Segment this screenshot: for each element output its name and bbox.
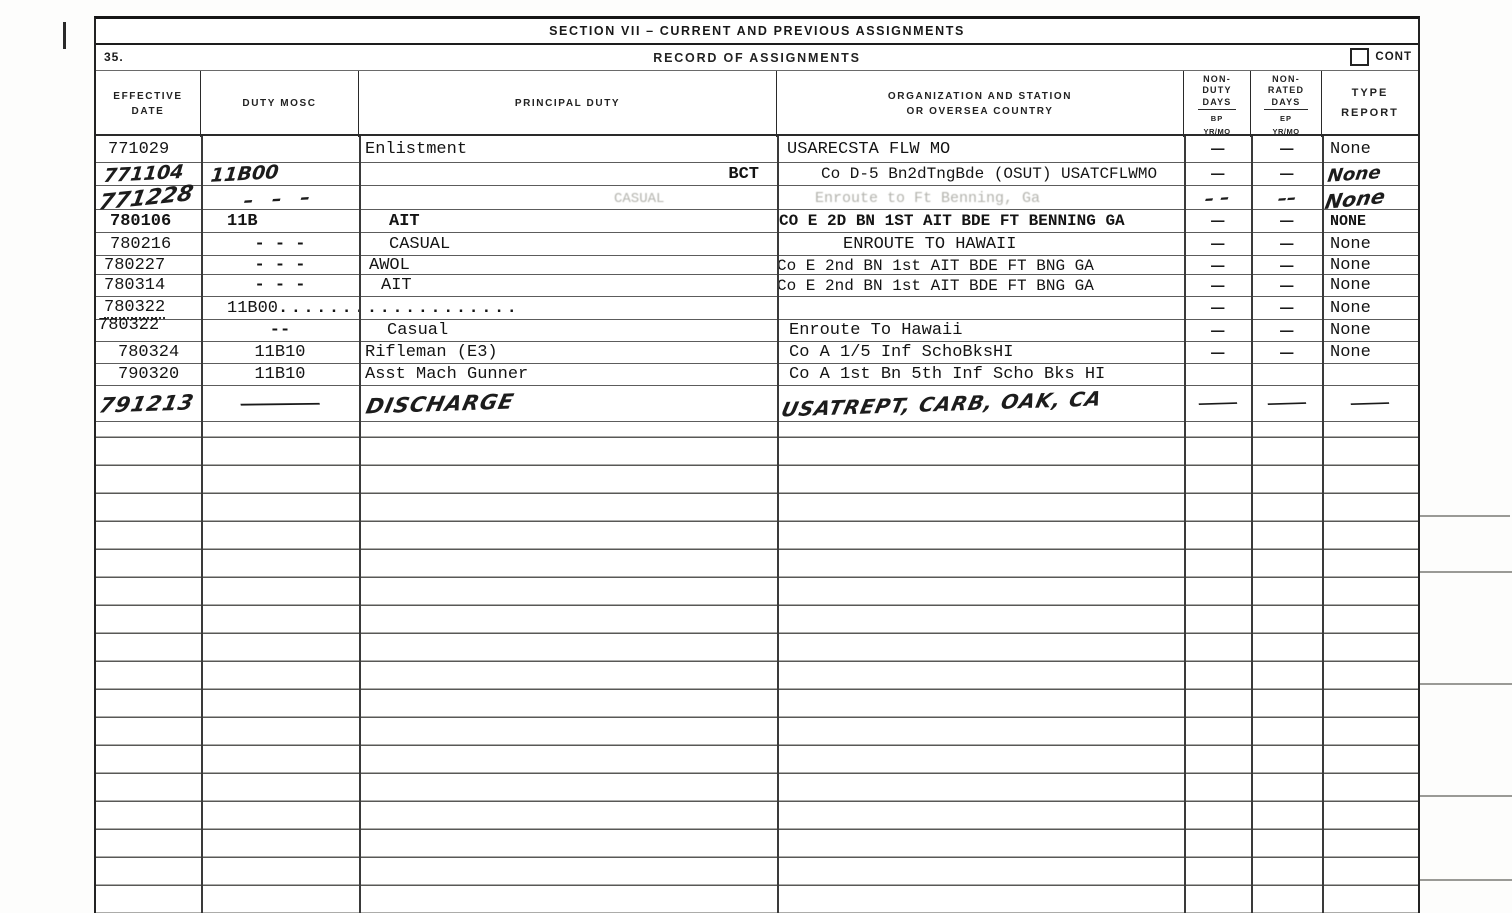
- duty-mosc: 11B10: [254, 365, 305, 384]
- principal-duty: Rifleman (E3): [365, 343, 498, 362]
- nonduty-days: –: [1208, 140, 1226, 158]
- scanned-form-page: SECTION VII – CURRENT AND PREVIOUS ASSIG…: [0, 0, 1512, 913]
- table-row: 771104 11B00 BCT Co D-5 Bn2dTngBde (OSUT…: [96, 163, 1418, 186]
- type-report: None: [1330, 321, 1371, 340]
- form-title-bar: 35. RECORD OF ASSIGNMENTS CONT: [96, 45, 1418, 71]
- cont-field: CONT: [1350, 48, 1412, 66]
- effective-date: 780216: [110, 235, 171, 254]
- header-principal-duty: PRINCIPAL DUTY: [359, 71, 777, 137]
- scan-artifact-tick: [63, 22, 66, 49]
- duty-mosc: – – –: [243, 186, 318, 212]
- type-report: None: [1330, 140, 1371, 159]
- principal-duty: Asst Mach Gunner: [365, 365, 528, 384]
- nonrated-days: –: [1277, 212, 1295, 230]
- effective-date: 780314: [104, 276, 165, 295]
- section-title: SECTION VII – CURRENT AND PREVIOUS ASSIG…: [549, 24, 965, 38]
- principal-duty: AWOL: [369, 256, 410, 275]
- duty-mosc: --: [270, 321, 290, 340]
- column-headers: EFFECTIVE DATE DUTY MOSC PRINCIPAL DUTY …: [96, 71, 1418, 136]
- duty-mosc: 11B: [227, 212, 258, 231]
- nonduty-days: –: [1208, 235, 1226, 253]
- effective-date: 780322: [98, 316, 159, 335]
- principal-duty: Enlistment: [365, 140, 467, 159]
- empty-ruled-rows: [96, 410, 1418, 913]
- type-report: None: [1330, 343, 1371, 362]
- duty-mosc: - - -: [254, 235, 305, 254]
- organization: Co A 1/5 Inf SchoBksHI: [789, 343, 1013, 362]
- header-organization: ORGANIZATION AND STATION OR OVERSEA COUN…: [777, 71, 1184, 137]
- assignments-table-body: 771029 Enlistment USARECSTA FLW MO – – N…: [96, 136, 1418, 913]
- table-row: 780322 11B00................... – – None: [96, 297, 1418, 320]
- organization: ENROUTE TO HAWAII: [843, 235, 1016, 254]
- scan-artifact-line: [1420, 795, 1512, 797]
- item-number: 35.: [104, 50, 124, 64]
- duty-mosc: - - -: [254, 276, 305, 295]
- organization: Co E 2nd BN 1st AIT BDE FT BNG GA: [777, 257, 1094, 275]
- table-row: 790320 11B10 Asst Mach Gunner Co A 1st B…: [96, 364, 1418, 386]
- effective-date: 771029: [108, 140, 169, 159]
- type-report: None: [1330, 299, 1371, 318]
- table-row: 780227 - - - AWOL Co E 2nd BN 1st AIT BD…: [96, 256, 1418, 275]
- nonduty-days: –: [1208, 299, 1226, 317]
- duty-mosc: 11B00: [210, 161, 280, 186]
- effective-date: 790320: [118, 365, 179, 384]
- nonrated-days: –: [1277, 344, 1295, 362]
- type-report: NONE: [1330, 213, 1366, 230]
- principal-duty: BCT: [728, 165, 759, 184]
- header-nonrated-days: NON- RATED DAYS EP YR/MO: [1251, 71, 1322, 137]
- duty-mosc: - - -: [254, 256, 305, 275]
- form-title: RECORD OF ASSIGNMENTS: [96, 51, 1418, 65]
- column-rule: [201, 136, 203, 913]
- nonduty-days: –: [1208, 322, 1226, 340]
- header-effective-date: EFFECTIVE DATE: [96, 71, 201, 137]
- header-type-report: TYPE REPORT: [1322, 71, 1418, 137]
- cont-checkbox[interactable]: [1350, 48, 1369, 66]
- duty-mosc: 11B10: [254, 343, 305, 362]
- nonrated-days: –: [1277, 322, 1295, 340]
- type-report: None: [1330, 256, 1371, 275]
- scan-artifact-line: [1420, 571, 1512, 573]
- column-rule: [359, 136, 361, 913]
- header-duty-mosc: DUTY MOSC: [201, 71, 359, 137]
- column-rule: [1322, 136, 1324, 913]
- table-row: 780106 11B AIT CO E 2D BN 1ST AIT BDE FT…: [96, 210, 1418, 233]
- principal-duty: CASUAL: [614, 191, 664, 207]
- record-of-assignments-form: SECTION VII – CURRENT AND PREVIOUS ASSIG…: [94, 16, 1420, 913]
- principal-duty: Casual: [387, 321, 448, 340]
- table-row: 780216 - - - CASUAL ENROUTE TO HAWAII – …: [96, 233, 1418, 256]
- nonduty-days: – –: [1204, 187, 1232, 210]
- nonduty-days: –: [1208, 165, 1226, 183]
- header-nonduty-days: NON- DUTY DAYS BP YR/MO: [1184, 71, 1251, 137]
- type-report: None: [1323, 184, 1387, 214]
- nonduty-days: –: [1208, 212, 1226, 230]
- organization: USARECSTA FLW MO: [787, 140, 950, 159]
- nonrated-days: –: [1277, 140, 1295, 158]
- organization: CO E 2D BN 1ST AIT BDE FT BENNING GA: [779, 212, 1125, 230]
- organization: Enroute to Ft Benning, Ga: [815, 190, 1040, 207]
- nonrated-days: ––: [1276, 187, 1297, 209]
- column-rule: [1184, 136, 1186, 913]
- nonrated-days: –: [1277, 277, 1295, 295]
- principal-duty: AIT: [389, 212, 420, 231]
- scan-artifact-line: [1420, 683, 1512, 685]
- nonrated-days: –: [1277, 299, 1295, 317]
- effective-date: 780227: [104, 256, 165, 275]
- nonduty-days: –: [1208, 277, 1226, 295]
- column-rule: [1251, 136, 1253, 913]
- principal-duty: AIT: [381, 276, 412, 295]
- table-row: 771228 – – – CASUAL Enroute to Ft Bennin…: [96, 186, 1418, 210]
- duty-mosc: 11B00: [227, 299, 278, 318]
- table-row: 780322 -- Casual Enroute To Hawaii – – N…: [96, 320, 1418, 342]
- type-report: None: [1330, 276, 1371, 295]
- table-row: 771029 Enlistment USARECSTA FLW MO – – N…: [96, 136, 1418, 163]
- effective-date: 780324: [118, 343, 179, 362]
- nonduty-days: –: [1208, 257, 1226, 275]
- scan-artifact-line: [1420, 515, 1510, 517]
- type-report: None: [1326, 162, 1382, 187]
- organization: Enroute To Hawaii: [789, 321, 962, 340]
- scan-artifact-line: [1420, 879, 1512, 881]
- table-row: 780324 11B10 Rifleman (E3) Co A 1/5 Inf …: [96, 342, 1418, 364]
- nonrated-days: –: [1277, 165, 1295, 183]
- cont-label: CONT: [1375, 51, 1412, 63]
- organization: Co D-5 Bn2dTngBde (OSUT) USATCFLWMO: [821, 165, 1157, 183]
- type-report: None: [1330, 235, 1371, 254]
- section-header: SECTION VII – CURRENT AND PREVIOUS ASSIG…: [96, 19, 1418, 45]
- organization: Co E 2nd BN 1st AIT BDE FT BNG GA: [777, 277, 1094, 295]
- nonrated-days: –: [1277, 235, 1295, 253]
- effective-date: 780106: [110, 212, 171, 231]
- nonduty-days: –: [1208, 344, 1226, 362]
- principal-duty: CASUAL: [389, 235, 450, 254]
- organization: Co A 1st Bn 5th Inf Scho Bks HI: [789, 365, 1105, 384]
- nonrated-days: –: [1277, 257, 1295, 275]
- table-row: 780314 - - - AIT Co E 2nd BN 1st AIT BDE…: [96, 275, 1418, 297]
- column-rule: [777, 136, 779, 913]
